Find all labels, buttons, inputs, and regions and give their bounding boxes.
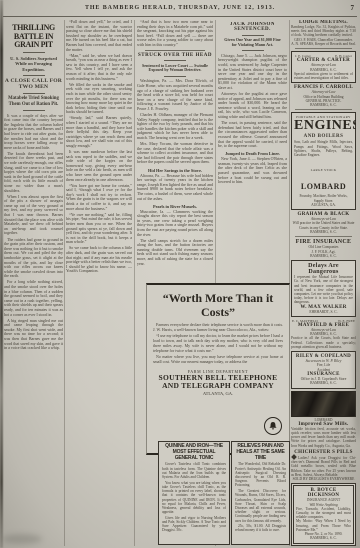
engines-boilers-ad: PORTABLE AND STATIONARY ENGINES AND BOIL… (291, 112, 356, 210)
diamond-brand-icon (291, 454, 297, 460)
page-number: 7 (351, 4, 355, 12)
quinine-iron-tonic-ad: QUININE AND IRON—THE MOST EFFECTUAL GENE… (158, 441, 230, 545)
ad-note: Special attention given to settlement of… (294, 72, 353, 80)
southern-bell-telephone-ad: “Worth More Than it Costs” Farmers every… (146, 283, 290, 455)
ad-body-text: Ladies! Ask your Druggist for Chi-ches-t… (291, 456, 356, 477)
story-subhead: Sentenced to Lower Court — Swindle Expos… (141, 64, 209, 74)
ad-company-name: AND TELEGRAPH COMPANY (153, 382, 283, 390)
headline-divider (23, 110, 45, 111)
body-paragraph: “Man,” said he, when we had drawn breath… (66, 54, 132, 82)
body-paragraph: For a long while nothing stirred, and th… (4, 280, 63, 317)
lodge-meeting-notice: LODGE MEETING. Bamberg Lodge, No. 31, Kn… (291, 20, 356, 46)
ad-signature: W. MAX WALKER (294, 305, 353, 310)
ad-body: Farmers everywhere declare their telepho… (153, 323, 283, 365)
body-paragraph: The court, in passing sentence, said the… (218, 121, 287, 149)
riley-copeland-ad: RILEY & COPELAND Successors to W. P. Ril… (291, 351, 356, 388)
bell-icon (268, 421, 278, 431)
fire-insurance-ad: FIRE INSURANCE Old Line Companies J. F. … (291, 239, 356, 258)
body-paragraph: Gives life and vigor to Nursing Mothers … (162, 516, 226, 533)
body-paragraph: Chicago, June 5. — Jack Johnson, negro h… (218, 54, 287, 91)
dickinson-insurance-ad: B. BOYCE DICKINSON INSURANCE AGENT Will … (291, 483, 356, 545)
masthead-rule (3, 16, 357, 17)
body-paragraph: We filled the sacks in the smoke and ree… (66, 83, 132, 115)
body-paragraph: Attorneys for the pugilist at once gave … (218, 92, 287, 120)
ad-divider (295, 109, 352, 110)
body-paragraph: When I was almost upon the first of the … (4, 195, 63, 236)
body-paragraph: The kraals thereabout had been deserted … (4, 152, 63, 193)
story-end-body: “And that is how two men came near to en… (137, 20, 213, 48)
graham-attorneys-ad: GRAHAM & BLACK Attorneys-at-Law Will pra… (291, 212, 356, 234)
ad-note: Practice in all the Courts, both State a… (291, 336, 356, 349)
column-divider (64, 20, 65, 546)
ad-headline: “Worth More Than it Costs” (157, 292, 279, 319)
story-subhead: U. S. Soldiers Surprised While on Foragi… (6, 56, 61, 72)
ad-divider (295, 236, 352, 237)
ad-body: Fire, Tornado, Accident, Liability, Casu… (296, 507, 351, 520)
ad-headline: QUININE AND IRON—THE MOST EFFECTUAL GENE… (162, 444, 226, 461)
headline-divider (164, 76, 186, 77)
body-paragraph: It was near sundown before the last sack… (66, 150, 132, 182)
masthead-title: THE BAMBERG HERALD, THURSDAY, JUNE 12, 1… (0, 5, 360, 11)
body-paragraph: Grove's Tasteless chill Tonic combines b… (162, 462, 226, 479)
body-paragraph: New York, June 4. — Stephen O'Brien, a s… (218, 157, 287, 185)
ad-subtitle: AND BOILERS (294, 134, 353, 139)
ad-footer: SOLD BY DRUGGISTS EVERYWHERE (291, 477, 356, 481)
column-story-continuation: “Fall down and yell,” he cried, and I we… (66, 20, 132, 546)
lombard-sawmill-ad: LOMBARD Improved Saw Mills. Variable fri… (291, 391, 356, 448)
mayfield-attorneys-ad: E. C. MAYFIELD W. E. FREE MAYFIELD & FRE… (291, 319, 356, 349)
ad-body: The Wonderful, Old Reliable Dr. Porter's… (235, 462, 286, 532)
carter-attorneys-ad: J. E. Carter E. H. Carter CARTER & CARTE… (291, 51, 356, 83)
chichester-pills-ad: CHICHESTER S PILLS Ladies! Ask your Drug… (291, 450, 356, 481)
ad-body: Variable friction feed, accurate set wor… (291, 427, 356, 448)
headline-divider (23, 75, 45, 76)
scan-edge-shadow (0, 0, 3, 548)
headline-divider (242, 50, 264, 51)
scan-smudge (2, 534, 42, 544)
ad-city: AUGUSTA, GA. (294, 203, 353, 207)
ad-city: BAMBERG, S. C. (291, 254, 356, 258)
ad-city: BAMBERG, S. C. (291, 103, 356, 107)
story-body: Chicago, June 5. — Jack Johnson, negro h… (218, 54, 287, 149)
body-paragraph: The Wonderful, Old Reliable Dr. Porter's… (235, 462, 286, 487)
ad-title: Delays Are Dangerous (294, 263, 353, 275)
section-rule (145, 50, 205, 51)
item-body: New York, June 4. — Stephen O'Brien, a s… (218, 157, 287, 185)
ad-body: Saw, Lath and Shingle Mills, Injectors, … (294, 140, 353, 157)
story-headline: STRUCK OVER THE HEAD (137, 53, 213, 58)
ad-body: Grove's Tasteless chill Tonic combines b… (162, 462, 226, 532)
story-subhead: Given One Year and $1,000 Fine for Viola… (222, 38, 283, 48)
ad-line: Foundry, Machine, Boiler Works, Supply S… (294, 194, 353, 203)
body-paragraph: Farmers everywhere declare their telepho… (153, 323, 283, 332)
body-paragraph: The raiders had gone to ground in the gr… (4, 238, 63, 279)
body-paragraph: “I use my telephone to call my doctor, t… (153, 334, 283, 353)
column-divider (134, 20, 135, 546)
body-paragraph: “Ye owe me nothing,” said he, filling hi… (66, 213, 132, 245)
ad-city: BAMBERG, S. C. (296, 536, 351, 540)
body-paragraph: “You have got me home for certain,” said… (66, 184, 132, 212)
ad-motto: My Motto: “Buy When I Need by Insuring, … (296, 519, 351, 532)
delays-dangerous-ad: Delays Are Dangerous I represent the Mut… (291, 260, 356, 317)
scan-smudge (354, 290, 360, 440)
story-headline: JACK JOHNSON SENTENCED. (218, 22, 287, 32)
body-paragraph: Altoona, Pa. — Because his wife had hidd… (137, 174, 213, 202)
body-paragraph: You know what you are taking when you ta… (162, 481, 226, 515)
body-paragraph: “And that is how two men came near to en… (137, 20, 213, 48)
carroll-attorney-ad: FRANCIS F. CARROLL Attorney-at-Law Offic… (291, 85, 356, 107)
story-body: It was a couple of days after we first c… (4, 114, 63, 351)
ad-body: I represent the Mutual Life Insurance Co… (294, 275, 353, 304)
notice-body: Bamberg Lodge, No. 31, Knights of Pythia… (291, 25, 356, 38)
ad-brand-row: LARGE STOCK LOMBARD (294, 158, 353, 194)
ad-stock-label: LARGE STOCK (311, 168, 337, 172)
item-headline: Pearls in River Mussels. (137, 204, 213, 209)
saw-mill-photo (291, 391, 356, 417)
body-paragraph: So we came back to the column a little a… (66, 246, 132, 274)
ad-note: Will practice in the United States and S… (291, 221, 356, 230)
headline-divider (164, 60, 186, 61)
ad-body: Ladies! Ask your Druggist for Chi-ches-t… (291, 455, 356, 477)
ad-brand: LOMBARD (301, 182, 346, 191)
column-advertisements: LODGE MEETING. Bamberg Lodge, No. 31, Kn… (291, 20, 356, 546)
body-paragraph: No matter where you live, you may have t… (153, 355, 283, 364)
body-paragraph: Mrs. Mary Yocum, the woman detective in … (137, 142, 213, 165)
ad-title: ENGINES (294, 119, 353, 133)
officer-line: A. N. SPEARS, Keeper of Records and Seal… (291, 42, 356, 46)
story-body: Washington, Pa. — Mrs. Dora Tilvich, of … (137, 79, 213, 165)
ad-headline: RELIEVES PAIN AND HEALS AT THE SAME TIME (235, 444, 286, 461)
body-paragraph: The Greatest Discovery for Wounds, Burns… (235, 489, 286, 523)
newspaper-page: THE BAMBERG HERALD, THURSDAY, JUNE 12, 1… (0, 0, 360, 548)
ad-city: ATLANTA, GA. (153, 391, 283, 396)
story-crosshead: A CLOSE CALL FOR TWO MEN (4, 78, 63, 90)
ad-divider (295, 48, 352, 49)
item-headline: Hid Her Savings in the Stove. (137, 168, 213, 173)
bell-system-logo-icon (264, 417, 282, 435)
body-paragraph: 25c, 50c, $1.00. All Druggists refund mo… (235, 524, 286, 532)
headline-divider (242, 35, 264, 36)
ad-city: BAMBERG, S. C. (291, 230, 356, 234)
story-headline: THRILLING BATTLE IN GRAIN PIT (4, 24, 63, 50)
story-body: “Fall down and yell,” he cried, and I we… (66, 20, 132, 274)
headline-divider (23, 52, 45, 53)
body-paragraph: It was a couple of days after we first c… (4, 114, 63, 151)
column-grain-pit-story: THRILLING BATTLE IN GRAIN PIT U. S. Sold… (4, 20, 63, 546)
body-paragraph: Washington, Pa. — Mrs. Dora Tilvich, of … (137, 79, 213, 111)
ad-title: B. BOYCE DICKINSON (296, 488, 351, 498)
item-body: Muscatine, Ia. — Clammers working the sl… (137, 210, 213, 267)
item-body: Altoona, Pa. — Because his wife had hidd… (137, 174, 213, 202)
body-paragraph: “Steady, lad,” said Barnes quietly, when… (66, 116, 132, 148)
ad-city: BAMBERG, S. C. (294, 381, 353, 385)
body-paragraph: The shell camps stretch for a dozen mile… (137, 239, 213, 267)
story-crosshead: Matabele Tried Smoking Them Out of Ratio… (7, 96, 60, 107)
ad-city: EHRHARDT, S. C. (294, 310, 353, 314)
headline-divider (23, 93, 45, 94)
body-paragraph: Muscatine, Ia. — Clammers working the sl… (137, 210, 213, 238)
body-paragraph: A big ringed man singled me out and came… (4, 319, 63, 351)
body-paragraph: Charles H. Oldham, manager of the Pleasa… (137, 113, 213, 141)
healing-oil-ad: RELIEVES PAIN AND HEALS AT THE SAME TIME… (231, 441, 290, 545)
body-paragraph: “Fall down and yell,” he cried, and I we… (66, 20, 132, 52)
